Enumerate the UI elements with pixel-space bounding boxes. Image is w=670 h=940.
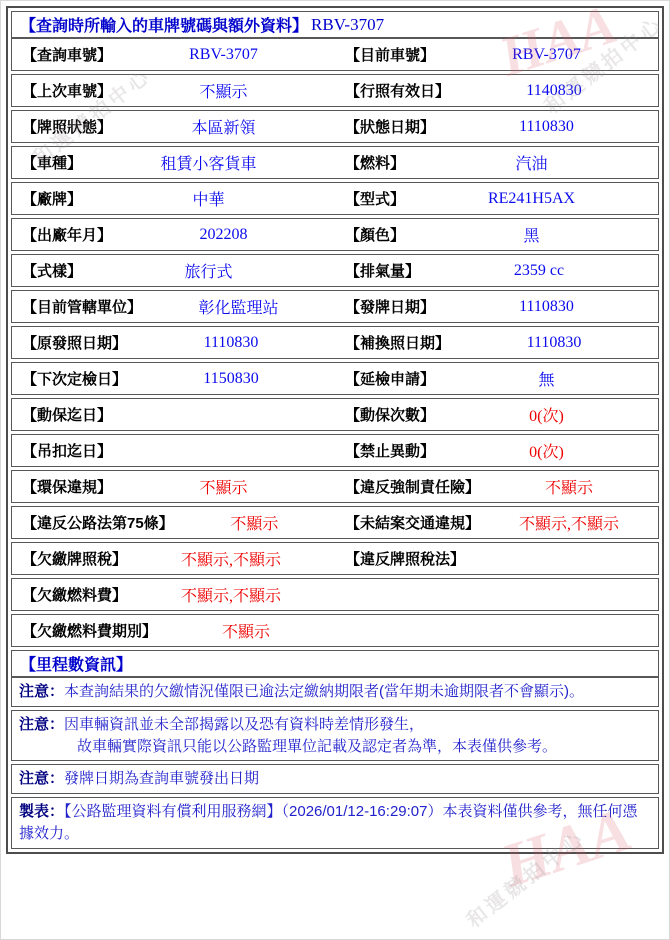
table-row: 【違反公路法第75條】不顯示【未結案交通違規】不顯示,不顯示 <box>11 506 659 539</box>
field-cell: 【顏色】黑 <box>335 223 658 246</box>
note-rows: 注意：本查詢結果的欠繳情況僅限已逾法定繳納期限者(當年期未逾期限者不會顯示)。注… <box>11 677 659 849</box>
table-row: 【上次車號】不顯示【行照有效日】1140830 <box>11 74 659 107</box>
field-label: 【原發照日期】 <box>12 332 127 353</box>
field-cell: 【原發照日期】1110830 <box>12 332 335 353</box>
field-cell: 【型式】RE241H5AX <box>335 188 658 209</box>
field-value: RBV-3707 <box>112 46 335 64</box>
field-label: 【吊扣迄日】 <box>12 440 112 461</box>
mileage-section-label: 【里程數資訊】 <box>20 652 132 675</box>
note-row-2: 注意：因車輛資訊並未全部揭露以及恐有資料時差情形發生，故車輛實際資訊只能以公路監… <box>11 710 659 762</box>
report-title-label: 【查詢時所輸入的車牌號碼與額外資料】 <box>20 13 308 36</box>
table-row: 【廠牌】中華【型式】RE241H5AX <box>11 182 659 215</box>
field-cell: 【下次定檢日】1150830 <box>12 368 335 389</box>
table-row: 【吊扣迄日】【禁止異動】0(次) <box>11 434 659 467</box>
field-label: 【上次車號】 <box>12 80 112 101</box>
note-label: 注意： <box>19 716 64 733</box>
field-label: 【動保次數】 <box>335 404 435 425</box>
field-label: 【欠繳牌照稅】 <box>12 548 127 569</box>
field-value: 黑 <box>405 223 658 246</box>
note-text: 本查詢結果的欠繳情況僅限已逾法定繳納期限者(當年期未逾期限者不會顯示)。 <box>64 683 584 700</box>
field-cell: 【禁止異動】0(次) <box>335 439 658 462</box>
field-value: 不顯示,不顯示 <box>480 511 658 534</box>
table-row: 【環保違規】不顯示【違反強制責任險】不顯示 <box>11 470 659 503</box>
table-row: 【欠繳燃料費期別】不顯示 <box>11 614 659 647</box>
field-cell: 【排氣量】2359 cc <box>335 260 658 281</box>
table-row: 【式樣】旅行式【排氣量】2359 cc <box>11 254 659 287</box>
field-label: 【排氣量】 <box>335 260 420 281</box>
field-label: 【發牌日期】 <box>335 296 435 317</box>
field-value: 不顯示 <box>174 511 335 534</box>
field-label: 【燃料】 <box>335 152 405 173</box>
field-cell: 【上次車號】不顯示 <box>12 79 335 102</box>
table-row: 【原發照日期】1110830【補換照日期】1110830 <box>11 326 659 359</box>
vehicle-table-rows: 【查詢車號】RBV-3707【目前車號】RBV-3707【上次車號】不顯示【行照… <box>11 38 659 647</box>
field-value: 彰化監理站 <box>142 295 335 318</box>
note-label: 製表： <box>19 803 64 820</box>
field-label: 【欠繳燃料費】 <box>12 584 127 605</box>
field-value: 租賃小客貨車 <box>82 151 335 174</box>
field-label: 【式樣】 <box>12 260 82 281</box>
field-label: 【補換照日期】 <box>335 332 450 353</box>
field-cell: 【吊扣迄日】 <box>12 440 335 461</box>
vehicle-report-table: 【查詢時所輸入的車牌號碼與額外資料】 RBV-3707 【查詢車號】RBV-37… <box>6 6 664 854</box>
table-row: 【出廠年月】202208【顏色】黑 <box>11 218 659 251</box>
field-cell: 【欠繳燃料費期別】不顯示 <box>12 619 335 642</box>
field-value: 無 <box>435 367 658 390</box>
field-cell: 【牌照狀態】本區新領 <box>12 115 335 138</box>
field-cell: 【狀態日期】1110830 <box>335 116 658 137</box>
field-value: 0(次) <box>435 439 658 462</box>
field-cell: 【目前車號】RBV-3707 <box>335 44 658 65</box>
field-cell: 【違反強制責任險】不顯示 <box>335 475 658 498</box>
field-cell: 【目前管轄單位】彰化監理站 <box>12 295 335 318</box>
mileage-section-row: 【里程數資訊】 <box>11 650 659 677</box>
note-row-3: 注意：發牌日期為查詢車號發出日期 <box>11 764 659 794</box>
field-value: 中華 <box>82 187 335 210</box>
field-label: 【行照有效日】 <box>335 80 450 101</box>
field-cell: 【違反牌照稅法】 <box>335 548 658 569</box>
field-label: 【狀態日期】 <box>335 116 435 137</box>
field-cell: 【動保迄日】 <box>12 404 335 425</box>
field-value: 202208 <box>112 226 335 244</box>
table-row: 【查詢車號】RBV-3707【目前車號】RBV-3707 <box>11 38 659 71</box>
field-value: 1150830 <box>127 370 335 388</box>
field-label: 【目前車號】 <box>335 44 435 65</box>
field-value: 不顯示 <box>480 475 658 498</box>
field-value: 不顯示 <box>157 619 335 642</box>
field-value: 1110830 <box>450 334 658 352</box>
field-label: 【出廠年月】 <box>12 224 112 245</box>
field-label: 【型式】 <box>335 188 405 209</box>
field-cell: 【車種】租賃小客貨車 <box>12 151 335 174</box>
field-value: 1140830 <box>450 82 658 100</box>
field-label: 【違反強制責任險】 <box>335 476 480 497</box>
field-value: 不顯示,不顯示 <box>127 547 335 570</box>
field-cell: 【動保次數】0(次) <box>335 403 658 426</box>
note-row-1: 注意：本查詢結果的欠繳情況僅限已逾法定繳納期限者(當年期未逾期限者不會顯示)。 <box>11 677 659 707</box>
field-label: 【顏色】 <box>335 224 405 245</box>
field-label: 【下次定檢日】 <box>12 368 127 389</box>
field-label: 【車種】 <box>12 152 82 173</box>
field-value: 本區新領 <box>112 115 335 138</box>
field-cell: 【違反公路法第75條】不顯示 <box>12 511 335 534</box>
field-label: 【違反公路法第75條】 <box>12 512 174 533</box>
field-value: 1110830 <box>127 334 335 352</box>
field-value: 汽油 <box>405 151 658 174</box>
report-title-row: 【查詢時所輸入的車牌號碼與額外資料】 RBV-3707 <box>11 11 659 38</box>
field-cell: 【查詢車號】RBV-3707 <box>12 44 335 65</box>
field-cell: 【出廠年月】202208 <box>12 224 335 245</box>
field-cell: 【燃料】汽油 <box>335 151 658 174</box>
field-cell: 【行照有效日】1140830 <box>335 80 658 101</box>
note-text: 【公路監理資料有償利用服務網】（2026/01/12-16:29:07）本表資料… <box>19 803 637 842</box>
field-label: 【違反牌照稅法】 <box>335 548 465 569</box>
page: HAA和運競拍中心和運競拍中心HAA和運競拍中心 【查詢時所輸入的車牌號碼與額外… <box>0 0 670 940</box>
table-row: 【車種】租賃小客貨車【燃料】汽油 <box>11 146 659 179</box>
report-title-plate: RBV-3707 <box>311 15 384 35</box>
field-value: 1110830 <box>435 118 658 136</box>
footer-row: 製表：【公路監理資料有償利用服務網】（2026/01/12-16:29:07）本… <box>11 797 659 849</box>
table-row: 【目前管轄單位】彰化監理站【發牌日期】1110830 <box>11 290 659 323</box>
field-cell: 【環保違規】不顯示 <box>12 475 335 498</box>
field-cell: 【發牌日期】1110830 <box>335 296 658 317</box>
field-label: 【未結案交通違規】 <box>335 512 480 533</box>
table-row: 【下次定檢日】1150830【延檢申請】無 <box>11 362 659 395</box>
field-value: 不顯示 <box>112 79 335 102</box>
field-cell: 【延檢申請】無 <box>335 367 658 390</box>
field-label: 【禁止異動】 <box>335 440 435 461</box>
field-value: RE241H5AX <box>405 190 658 208</box>
field-label: 【動保迄日】 <box>12 404 112 425</box>
field-label: 【廠牌】 <box>12 188 82 209</box>
field-cell: 【欠繳牌照稅】不顯示,不顯示 <box>12 547 335 570</box>
field-label: 【欠繳燃料費期別】 <box>12 620 157 641</box>
field-value: 0(次) <box>435 403 658 426</box>
field-value: 不顯示,不顯示 <box>127 583 335 606</box>
field-value: 旅行式 <box>82 259 335 282</box>
field-cell: 【未結案交通違規】不顯示,不顯示 <box>335 511 658 534</box>
field-value: RBV-3707 <box>435 46 658 64</box>
note-text: 發牌日期為查詢車號發出日期 <box>64 770 259 787</box>
field-label: 【環保違規】 <box>12 476 112 497</box>
field-cell: 【補換照日期】1110830 <box>335 332 658 353</box>
field-label: 【目前管轄單位】 <box>12 296 142 317</box>
table-row: 【牌照狀態】本區新領【狀態日期】1110830 <box>11 110 659 143</box>
table-row: 【欠繳燃料費】不顯示,不顯示 <box>11 578 659 611</box>
field-value: 不顯示 <box>112 475 335 498</box>
note-text: 因車輛資訊並未全部揭露以及恐有資料時差情形發生， <box>64 716 424 733</box>
field-cell: 【廠牌】中華 <box>12 187 335 210</box>
field-label: 【延檢申請】 <box>335 368 435 389</box>
field-value: 2359 cc <box>420 262 658 280</box>
table-row: 【欠繳牌照稅】不顯示,不顯示【違反牌照稅法】 <box>11 542 659 575</box>
table-row: 【動保迄日】【動保次數】0(次) <box>11 398 659 431</box>
field-label: 【牌照狀態】 <box>12 116 112 137</box>
note-label: 注意： <box>19 770 64 787</box>
note-text-line2: 故車輛實際資訊只能以公路監理單位記載及認定者為準，本表僅供參考。 <box>77 736 651 758</box>
field-label: 【查詢車號】 <box>12 44 112 65</box>
note-label: 注意： <box>19 683 64 700</box>
field-cell: 【式樣】旅行式 <box>12 259 335 282</box>
field-cell: 【欠繳燃料費】不顯示,不顯示 <box>12 583 335 606</box>
field-value: 1110830 <box>435 298 658 316</box>
